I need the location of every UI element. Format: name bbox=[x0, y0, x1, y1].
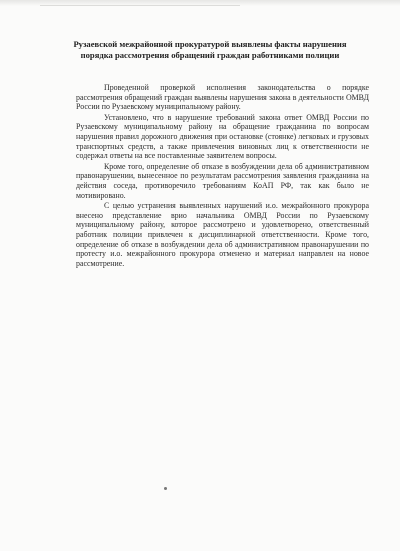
document-body: Проведенной проверкой исполнения законод… bbox=[76, 83, 369, 269]
paragraph-inspection: Проведенной проверкой исполнения законод… bbox=[76, 83, 369, 112]
paragraph-violation-response: Установлено, что в нарушение требований … bbox=[76, 113, 369, 161]
scan-speck bbox=[164, 487, 167, 490]
paragraph-remedy: С целью устранения выявленных нарушений … bbox=[76, 201, 369, 268]
paragraph-refusal-ruling: Кроме того, определение об отказе в возб… bbox=[76, 162, 369, 200]
document-title: Рузаевской межрайонной прокуратурой выяв… bbox=[70, 39, 350, 60]
scan-artifact-streak bbox=[40, 5, 240, 6]
